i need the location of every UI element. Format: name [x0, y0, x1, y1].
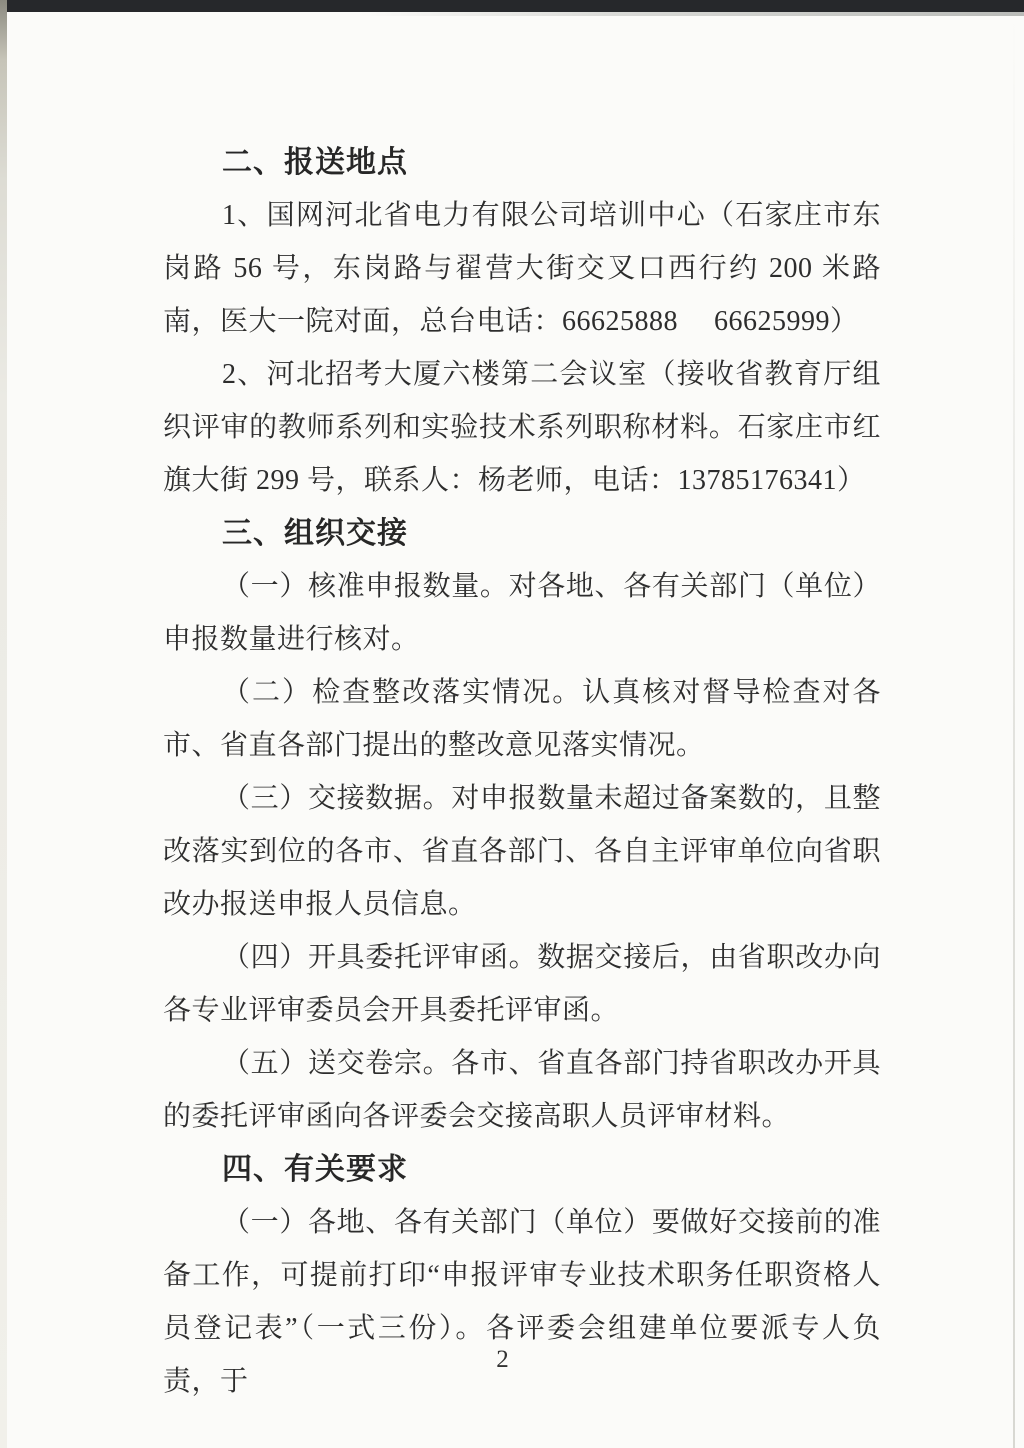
para-location-2: 2、河北招考大厦六楼第二会议室（接收省教育厅组织评审的教师系列和实验技术系列职称…: [163, 348, 881, 507]
para-handover-5-send-dossier: （五）送交卷宗。各市、省直各部门持省职改办开具的委托评审函向各评委会交接高职人员…: [163, 1037, 881, 1143]
scan-edge-top-shadow: [0, 12, 1024, 16]
para-handover-4-review-letter: （四）开具委托评审函。数据交接后，由省职改办向各专业评审委员会开具委托评审函。: [163, 931, 881, 1037]
para-location-1: 1、国网河北省电力有限公司培训中心（石家庄市东岗路 56 号，东岗路与翟营大街交…: [163, 189, 881, 348]
document-body: 二、报送地点 1、国网河北省电力有限公司培训中心（石家庄市东岗路 56 号，东岗…: [163, 136, 881, 1408]
heading-requirements: 四、有关要求: [163, 1143, 881, 1196]
document-page: 二、报送地点 1、国网河北省电力有限公司培训中心（石家庄市东岗路 56 号，东岗…: [0, 0, 1024, 1448]
para-handover-2-rectification: （二）检查整改落实情况。认真核对督导检查对各市、省直各部门提出的整改意见落实情况…: [163, 666, 881, 772]
scan-edge-right: [1013, 16, 1015, 1448]
para-requirements-1: （一）各地、各有关部门（单位）要做好交接前的准备工作，可提前打印“申报评审专业技…: [163, 1196, 881, 1408]
heading-organize-handover: 三、组织交接: [163, 507, 881, 560]
para-handover-3-data-transfer: （三）交接数据。对申报数量未超过备案数的，且整改落实到位的各市、省直各部门、各自…: [163, 772, 881, 931]
scan-edge-top: [0, 0, 1024, 12]
page-number: 2: [0, 1346, 1005, 1374]
para-handover-1-check-quota: （一）核准申报数量。对各地、各有关部门（单位）申报数量进行核对。: [163, 560, 881, 666]
scan-edge-left: [0, 0, 7, 1448]
heading-submission-location: 二、报送地点: [163, 136, 881, 189]
